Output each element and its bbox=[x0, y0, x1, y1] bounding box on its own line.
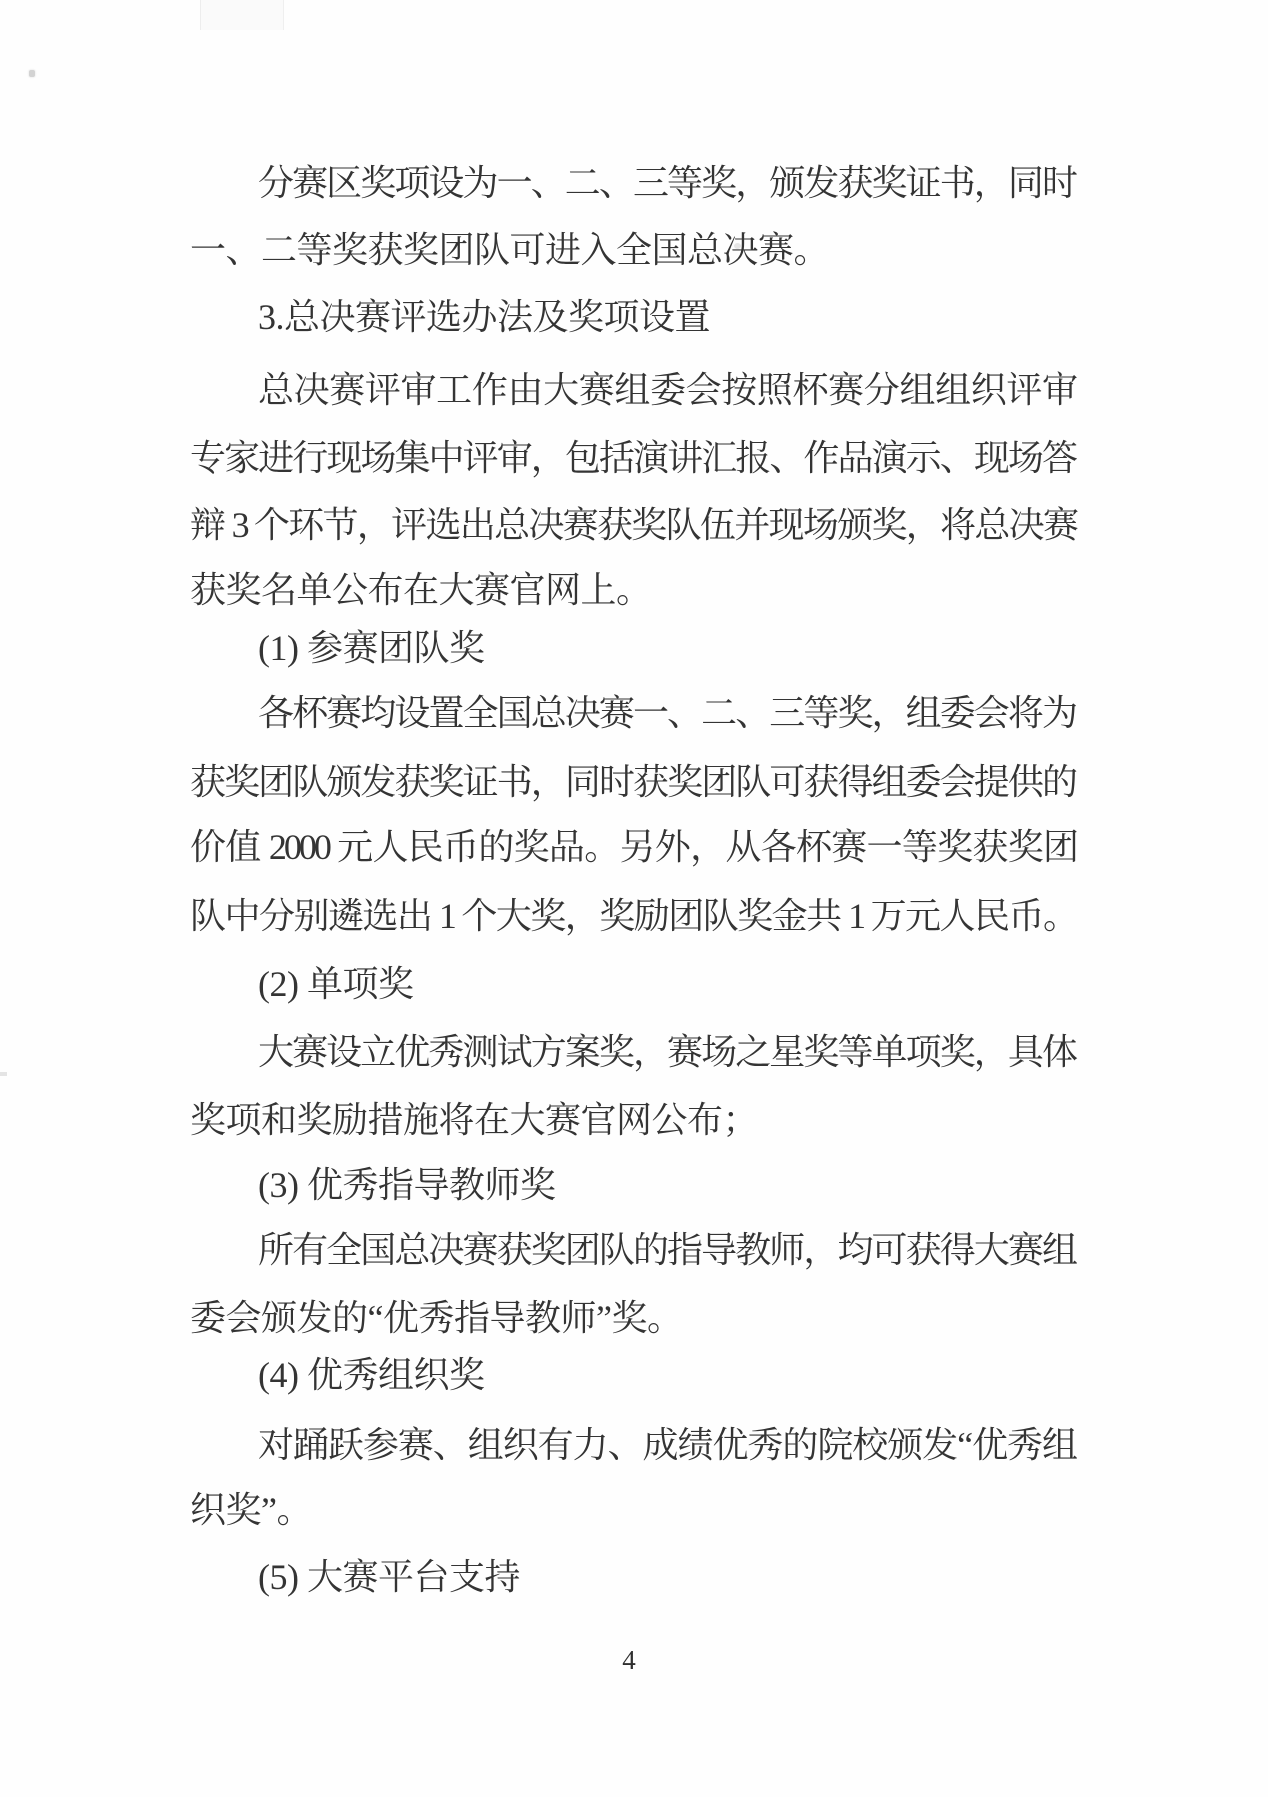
doc-line: 获奖名单公布在大赛官网上。 bbox=[190, 568, 1076, 612]
doc-line: 队中分别遴选出 1 个大奖，奖励团队奖金共 1 万元人民币。 bbox=[190, 894, 1076, 938]
doc-line: 总决赛评审工作由大赛组委会按照杯赛分组组织评审 bbox=[190, 368, 1076, 412]
scan-artifact bbox=[200, 0, 284, 30]
heading-final-selection: 3.总决赛评选办法及奖项设置 bbox=[190, 295, 1076, 339]
doc-line: 织奖”。 bbox=[190, 1488, 1076, 1532]
heading-teacher-award: (3) 优秀指导教师奖 bbox=[190, 1163, 1076, 1207]
doc-line: 对踊跃参赛、组织有力、成绩优秀的院校颁发“优秀组 bbox=[190, 1423, 1076, 1467]
heading-platform-support: (5) 大赛平台支持 bbox=[190, 1555, 1076, 1599]
doc-line: 获奖团队颁发获奖证书，同时获奖团队可获得组委会提供的 bbox=[190, 760, 1076, 804]
heading-organization-award: (4) 优秀组织奖 bbox=[190, 1353, 1076, 1397]
scan-artifact bbox=[29, 70, 35, 77]
doc-line: 分赛区奖项设为一、二、三等奖，颁发获奖证书，同时 bbox=[190, 161, 1076, 205]
doc-line: 专家进行现场集中评审，包括演讲汇报、作品演示、现场答 bbox=[190, 436, 1076, 480]
doc-line: 大赛设立优秀测试方案奖，赛场之星奖等单项奖，具体 bbox=[190, 1030, 1076, 1074]
doc-line: 各杯赛均设置全国总决赛一、二、三等奖，组委会将为 bbox=[190, 691, 1076, 735]
heading-single-award: (2) 单项奖 bbox=[190, 962, 1076, 1006]
page-number: 4 bbox=[0, 1645, 1258, 1676]
scan-artifact bbox=[0, 1072, 7, 1076]
heading-team-award: (1) 参赛团队奖 bbox=[190, 626, 1076, 670]
doc-line: 辩 3 个环节，评选出总决赛获奖队伍并现场颁奖，将总决赛 bbox=[190, 503, 1076, 547]
doc-line: 委会颁发的“优秀指导教师”奖。 bbox=[190, 1296, 1076, 1340]
doc-line: 一、二等奖获奖团队可进入全国总决赛。 bbox=[190, 228, 1076, 272]
doc-line: 奖项和奖励措施将在大赛官网公布； bbox=[190, 1098, 1076, 1142]
doc-line: 价值 2000 元人民币的奖品。另外，从各杯赛一等奖获奖团 bbox=[190, 825, 1076, 869]
scanned-document-page: 分赛区奖项设为一、二、三等奖，颁发获奖证书，同时 一、二等奖获奖团队可进入全国总… bbox=[0, 0, 1268, 1797]
doc-line: 所有全国总决赛获奖团队的指导教师，均可获得大赛组 bbox=[190, 1228, 1076, 1272]
